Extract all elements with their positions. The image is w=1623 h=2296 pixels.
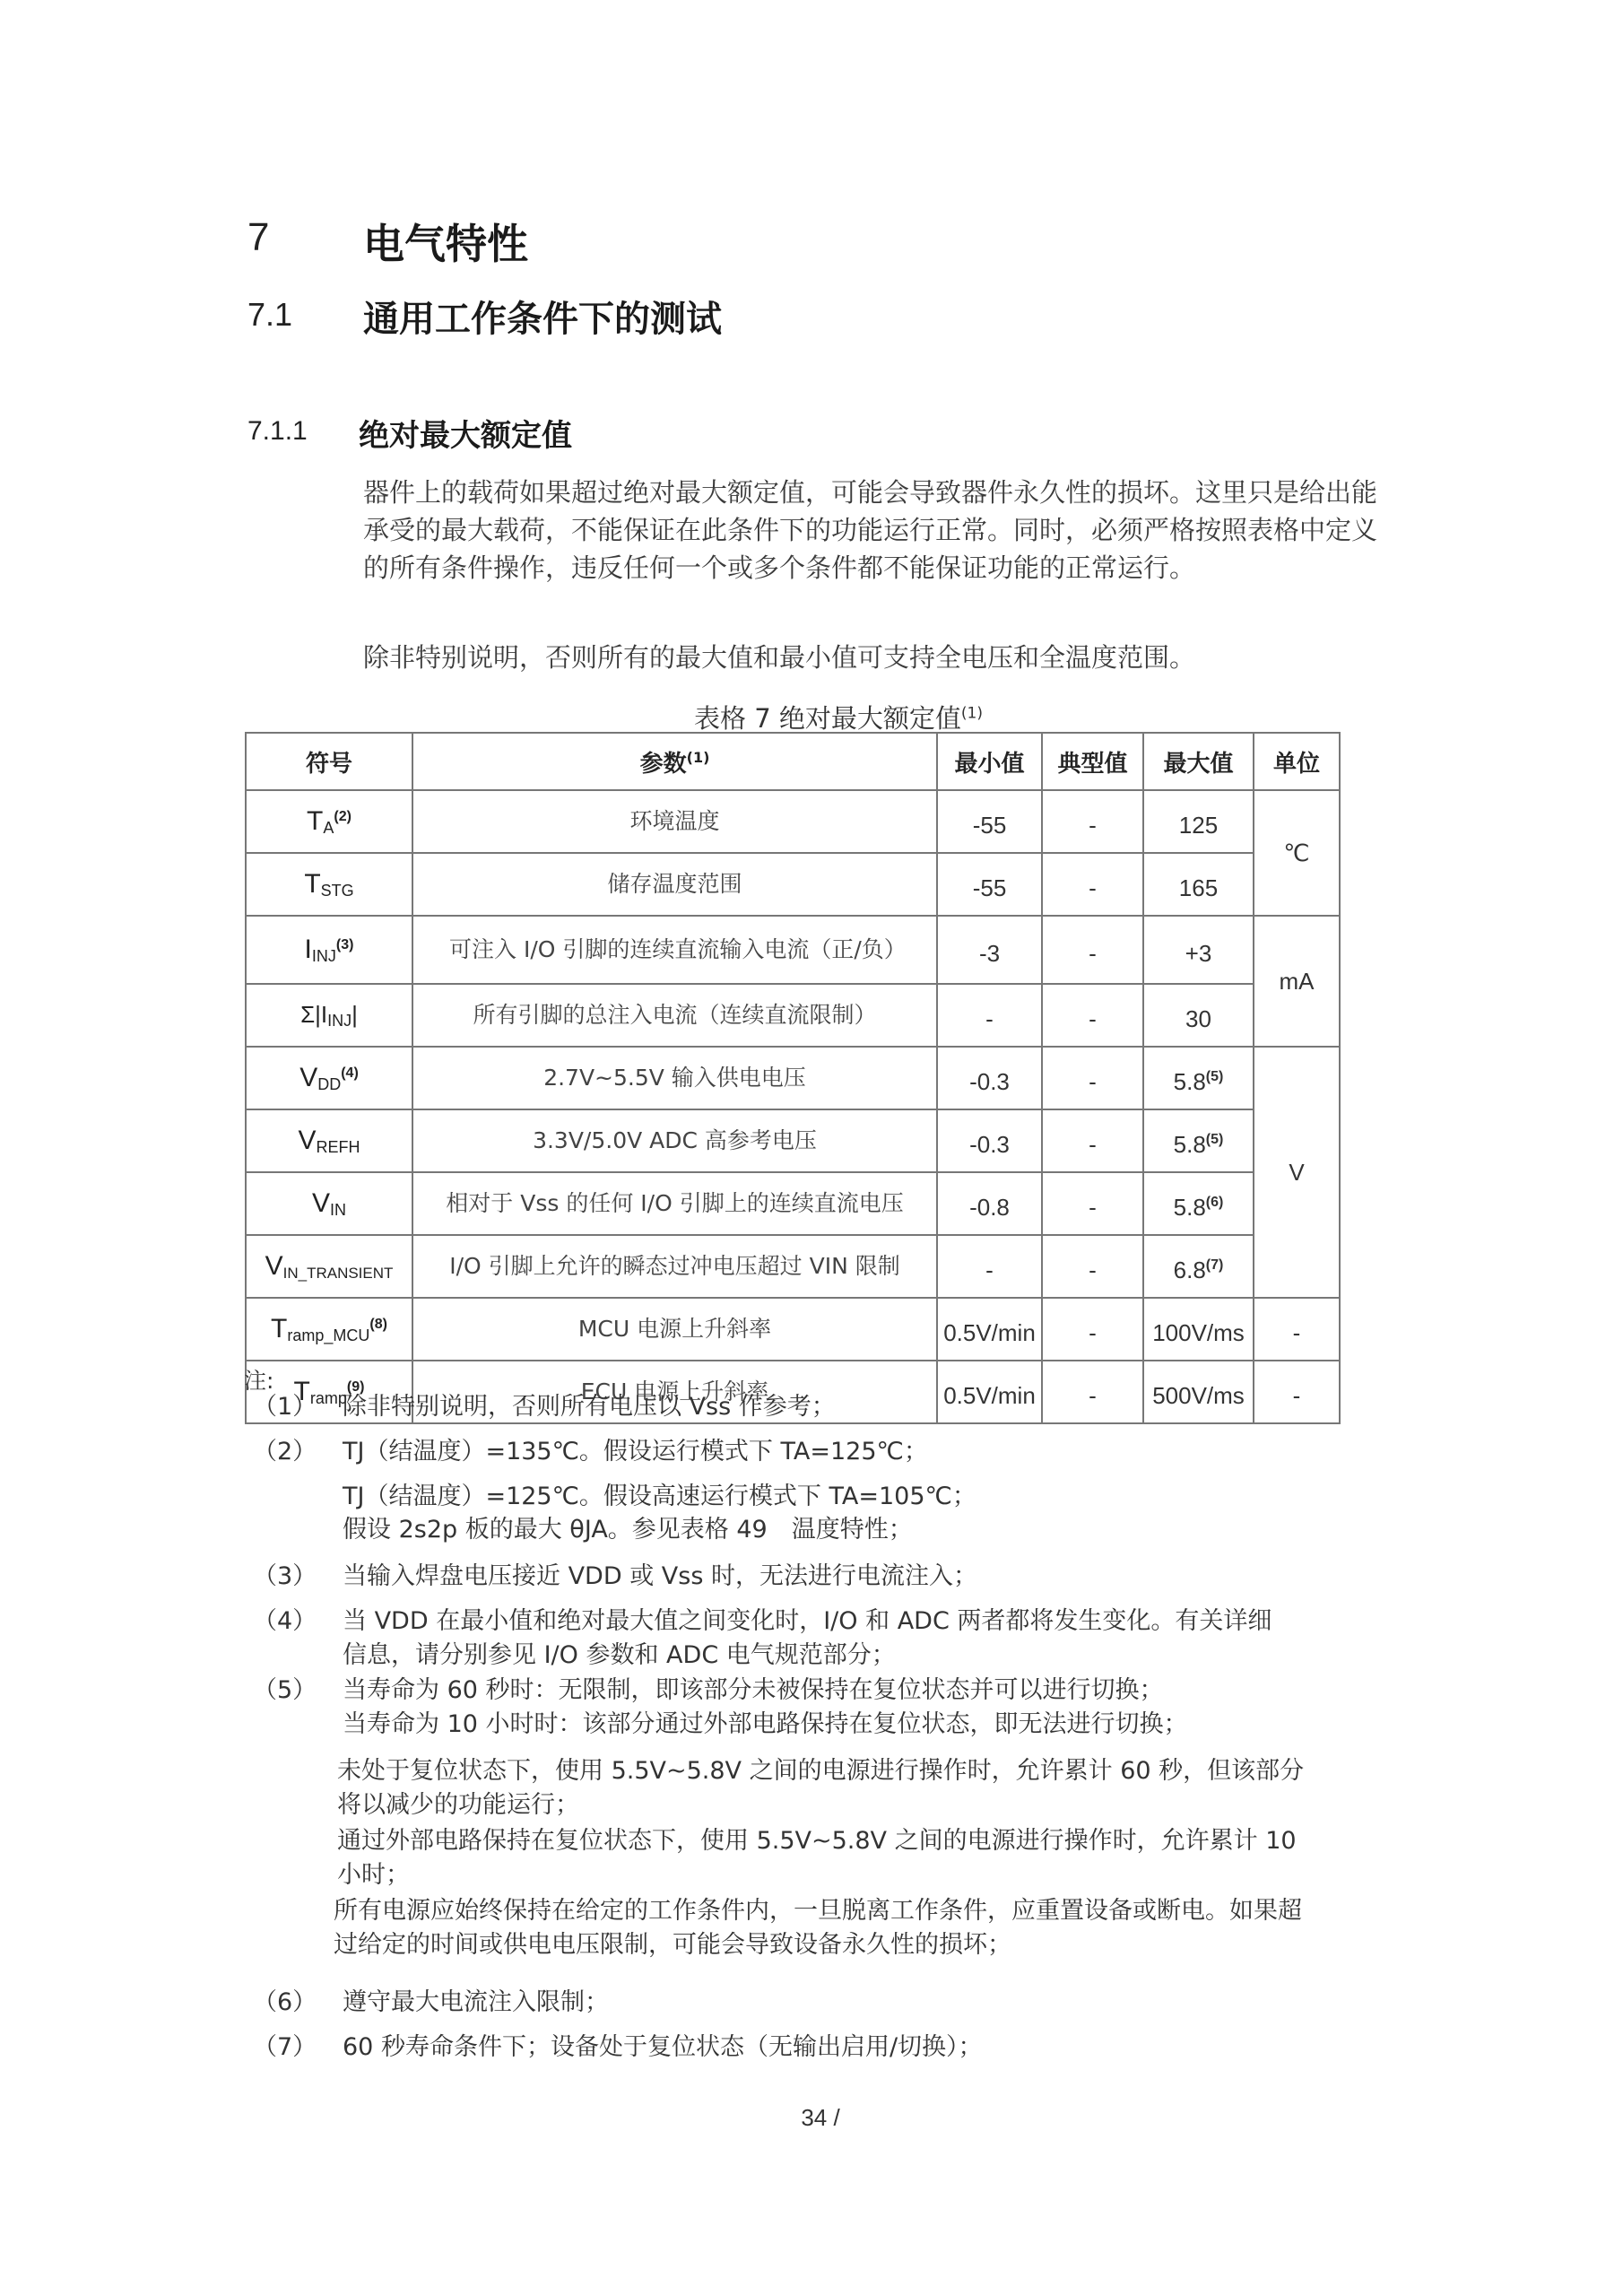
header-max: 最大值 [1143, 733, 1254, 790]
absolute-max-ratings-table: 符号 参数(1) 最小值 典型值 最大值 单位 TA(2) 环境温度 -55 -… [245, 732, 1341, 1424]
max-value: 5.8 [1174, 1068, 1206, 1095]
note-index: （2） [253, 1435, 317, 1469]
min-cell: -55 [937, 790, 1042, 853]
parameter-cell: 储存温度范围 [412, 853, 937, 916]
note-1: （1） 除非特别说明，否则所有电压以 Vss 作参考； [253, 1390, 1329, 1426]
max-value: 5.8 [1174, 1131, 1206, 1158]
note-2: （2） TJ（结温度）=135℃。假设运行模式下 TA=125℃； TJ（结温度… [253, 1435, 1329, 1543]
chapter-number: 7 [247, 215, 269, 260]
unit-cell-temperature: ℃ [1254, 790, 1340, 916]
note-text: 遵守最大电流注入限制； [343, 1986, 1311, 2020]
header-min: 最小值 [937, 733, 1042, 790]
header-symbol: 符号 [246, 733, 412, 790]
typ-cell: - [1042, 916, 1143, 984]
note-text: 未处于复位状态下，使用 5.5V~5.8V 之间的电源进行操作时，允许累计 60… [337, 1754, 1306, 1822]
max-cell: 165 [1143, 853, 1254, 916]
note-index: （3） [253, 1560, 317, 1594]
note-index: （5） [253, 1674, 317, 1708]
note-6: （6） 遵守最大电流注入限制； [253, 1986, 1329, 2022]
subsection-title: 绝对最大额定值 [359, 411, 572, 455]
symbol: V [298, 1126, 316, 1155]
table-row: TSTG 储存温度范围 -55 - 165 [246, 853, 1340, 916]
max-footnote: (6) [1206, 1195, 1224, 1210]
subsection-number: 7.1.1 [247, 416, 308, 447]
max-cell: 5.8(6) [1143, 1172, 1254, 1235]
table-row: VIN 相对于 Vss 的任何 I/O 引脚上的连续直流电压 -0.8 - 5.… [246, 1172, 1340, 1235]
table-row: TA(2) 环境温度 -55 - 125 ℃ [246, 790, 1340, 853]
typ-cell: - [1042, 1298, 1143, 1361]
table-row: Tramp_MCU(8) MCU 电源上升斜率 0.5V/min - 100V/… [246, 1298, 1340, 1361]
symbol-cell: VDD(4) [246, 1047, 412, 1109]
table-caption: 表格 7 绝对最大额定值(1) [0, 699, 1623, 735]
symbol: V [299, 1063, 317, 1092]
typ-cell: - [1042, 790, 1143, 853]
header-parameter-label: 参数 [640, 751, 687, 778]
max-cell: 6.8(7) [1143, 1235, 1254, 1298]
note-3: （3） 当输入焊盘电压接近 VDD 或 Vss 时，无法进行电流注入； [253, 1560, 1329, 1596]
note-text: 假设 2s2p 板的最大 θJA。参见表格 49 温度特性； [343, 1513, 1311, 1547]
typ-cell: - [1042, 1109, 1143, 1172]
symbol: Σ|I [300, 1001, 327, 1028]
max-footnote: (5) [1206, 1132, 1224, 1147]
max-footnote: (5) [1206, 1069, 1224, 1084]
symbol: V [265, 1251, 283, 1281]
note-7: （7） 60 秒寿命条件下；设备处于复位状态（无输出启用/切换）； [253, 2031, 1329, 2066]
parameter-cell: 可注入 I/O 引脚的连续直流输入电流（正/负） [412, 916, 937, 984]
symbol-footnote: (3) [336, 937, 354, 952]
symbol-cell: Σ|IINJ| [246, 984, 412, 1047]
note-index: （6） [253, 1986, 317, 2020]
header-typ: 典型值 [1042, 733, 1143, 790]
caption-footnote-ref: (1) [961, 704, 983, 722]
parameter-cell: 所有引脚的总注入电流（连续直流限制） [412, 984, 937, 1047]
parameter-cell: 3.3V/5.0V ADC 高参考电压 [412, 1109, 937, 1172]
typ-cell: - [1042, 853, 1143, 916]
note-5: （5） 当寿命为 60 秒时：无限制，即该部分未被保持在复位状态并可以进行切换；… [253, 1674, 1329, 1970]
max-cell: 5.8(5) [1143, 1109, 1254, 1172]
unit-cell-current: mA [1254, 916, 1340, 1047]
min-cell: -0.3 [937, 1047, 1042, 1109]
note-text: 所有电源应始终保持在给定的工作条件内，一旦脱离工作条件，应重置设备或断电。如果超… [334, 1894, 1302, 1962]
note-text: 当寿命为 60 秒时：无限制，即该部分未被保持在复位状态并可以进行切换； [343, 1674, 1311, 1708]
symbol-cell: VREFH [246, 1109, 412, 1172]
symbol-subscript: STG [321, 882, 354, 900]
min-cell: -55 [937, 853, 1042, 916]
note-index: （1） [253, 1390, 317, 1424]
intro-paragraph: 器件上的载荷如果超过绝对最大额定值，可能会导致器件永久性的损坏。这里只是给出能承… [363, 474, 1394, 587]
symbol-subscript: INJ [327, 1012, 352, 1030]
typ-cell: - [1042, 1235, 1143, 1298]
symbol-suffix: | [352, 1001, 358, 1028]
table-row: VREFH 3.3V/5.0V ADC 高参考电压 -0.3 - 5.8(5) [246, 1109, 1340, 1172]
max-value: 5.8 [1174, 1194, 1206, 1221]
symbol-cell: VIN_TRANSIENT [246, 1235, 412, 1298]
range-paragraph: 除非特别说明，否则所有的最大值和最小值可支持全电压和全温度范围。 [363, 639, 1394, 676]
chapter-title: 电气特性 [363, 212, 528, 271]
note-text: 当寿命为 10 小时时：该部分通过外部电路保持在复位状态，即无法进行切换； [343, 1708, 1311, 1742]
max-cell: 5.8(5) [1143, 1047, 1254, 1109]
table-row: Σ|IINJ| 所有引脚的总注入电流（连续直流限制） - - 30 [246, 984, 1340, 1047]
page-number: 34 / [0, 2104, 1623, 2132]
note-text: 通过外部电路保持在复位状态下，使用 5.5V~5.8V 之间的电源进行操作时，允… [337, 1824, 1306, 1892]
min-cell: -0.8 [937, 1172, 1042, 1235]
symbol-footnote: (4) [341, 1065, 359, 1081]
note-text: 60 秒寿命条件下；设备处于复位状态（无输出启用/切换）； [343, 2031, 1311, 2065]
section-title: 通用工作条件下的测试 [363, 291, 722, 342]
min-cell: -0.3 [937, 1109, 1042, 1172]
section-number: 7.1 [247, 296, 292, 334]
parameter-cell: 相对于 Vss 的任何 I/O 引脚上的连续直流电压 [412, 1172, 937, 1235]
note-text: 当 VDD 在最小值和绝对最大值之间变化时，I/O 和 ADC 两者都将发生变化… [343, 1605, 1293, 1673]
table-row: VIN_TRANSIENT I/O 引脚上允许的瞬态过冲电压超过 VIN 限制 … [246, 1235, 1340, 1298]
max-footnote: (7) [1206, 1257, 1224, 1273]
symbol-cell: VIN [246, 1172, 412, 1235]
note-4: （4） 当 VDD 在最小值和绝对最大值之间变化时，I/O 和 ADC 两者都将… [253, 1605, 1329, 1676]
note-text: TJ（结温度）=135℃。假设运行模式下 TA=125℃； [343, 1435, 1311, 1469]
header-parameter: 参数(1) [412, 733, 937, 790]
symbol: T [307, 806, 323, 836]
parameter-cell: 环境温度 [412, 790, 937, 853]
parameter-cell: MCU 电源上升斜率 [412, 1298, 937, 1361]
max-cell: 30 [1143, 984, 1254, 1047]
symbol: T [304, 869, 320, 899]
symbol-cell: TSTG [246, 853, 412, 916]
max-cell: 100V/ms [1143, 1298, 1254, 1361]
min-cell: 0.5V/min [937, 1298, 1042, 1361]
symbol-subscript: INJ [312, 947, 336, 965]
symbol-cell: TA(2) [246, 790, 412, 853]
unit-cell: - [1254, 1298, 1340, 1361]
table-header-row: 符号 参数(1) 最小值 典型值 最大值 单位 [246, 733, 1340, 790]
note-index: （4） [253, 1605, 317, 1639]
symbol-subscript: REFH [317, 1138, 360, 1156]
symbol: T [271, 1314, 287, 1344]
typ-cell: - [1042, 984, 1143, 1047]
note-text: 当输入焊盘电压接近 VDD 或 Vss 时，无法进行电流注入； [343, 1560, 1311, 1594]
typ-cell: - [1042, 1047, 1143, 1109]
header-unit: 单位 [1254, 733, 1340, 790]
note-text: 除非特别说明，否则所有电压以 Vss 作参考； [343, 1390, 1311, 1424]
note-text: TJ（结温度）=125℃。假设高速运行模式下 TA=105℃； [343, 1480, 1311, 1514]
max-cell: +3 [1143, 916, 1254, 984]
table-row: VDD(4) 2.7V~5.5V 输入供电电压 -0.3 - 5.8(5) V [246, 1047, 1340, 1109]
table-row: IINJ(3) 可注入 I/O 引脚的连续直流输入电流（正/负） -3 - +3… [246, 916, 1340, 984]
symbol-footnote: (8) [369, 1317, 387, 1332]
min-cell: - [937, 984, 1042, 1047]
symbol-footnote: (2) [334, 809, 352, 824]
unit-cell-voltage: V [1254, 1047, 1340, 1298]
symbol-cell: IINJ(3) [246, 916, 412, 984]
symbol-subscript: IN [330, 1201, 346, 1219]
max-cell: 125 [1143, 790, 1254, 853]
symbol-subscript: A [323, 819, 334, 837]
min-cell: -3 [937, 916, 1042, 984]
symbol-subscript: IN_TRANSIENT [283, 1265, 394, 1282]
min-cell: - [937, 1235, 1042, 1298]
parameter-cell: 2.7V~5.5V 输入供电电压 [412, 1047, 937, 1109]
symbol: I [305, 935, 312, 964]
symbol-subscript: DD [317, 1075, 341, 1093]
max-value: 6.8 [1174, 1257, 1206, 1283]
symbol-cell: Tramp_MCU(8) [246, 1298, 412, 1361]
header-parameter-footnote: (1) [687, 749, 710, 766]
table-caption-text: 表格 7 绝对最大额定值 [694, 703, 961, 734]
symbol: V [312, 1188, 330, 1218]
symbol-subscript: ramp_MCU [287, 1326, 369, 1344]
note-index: （7） [253, 2031, 317, 2065]
parameter-cell: I/O 引脚上允许的瞬态过冲电压超过 VIN 限制 [412, 1235, 937, 1298]
typ-cell: - [1042, 1172, 1143, 1235]
